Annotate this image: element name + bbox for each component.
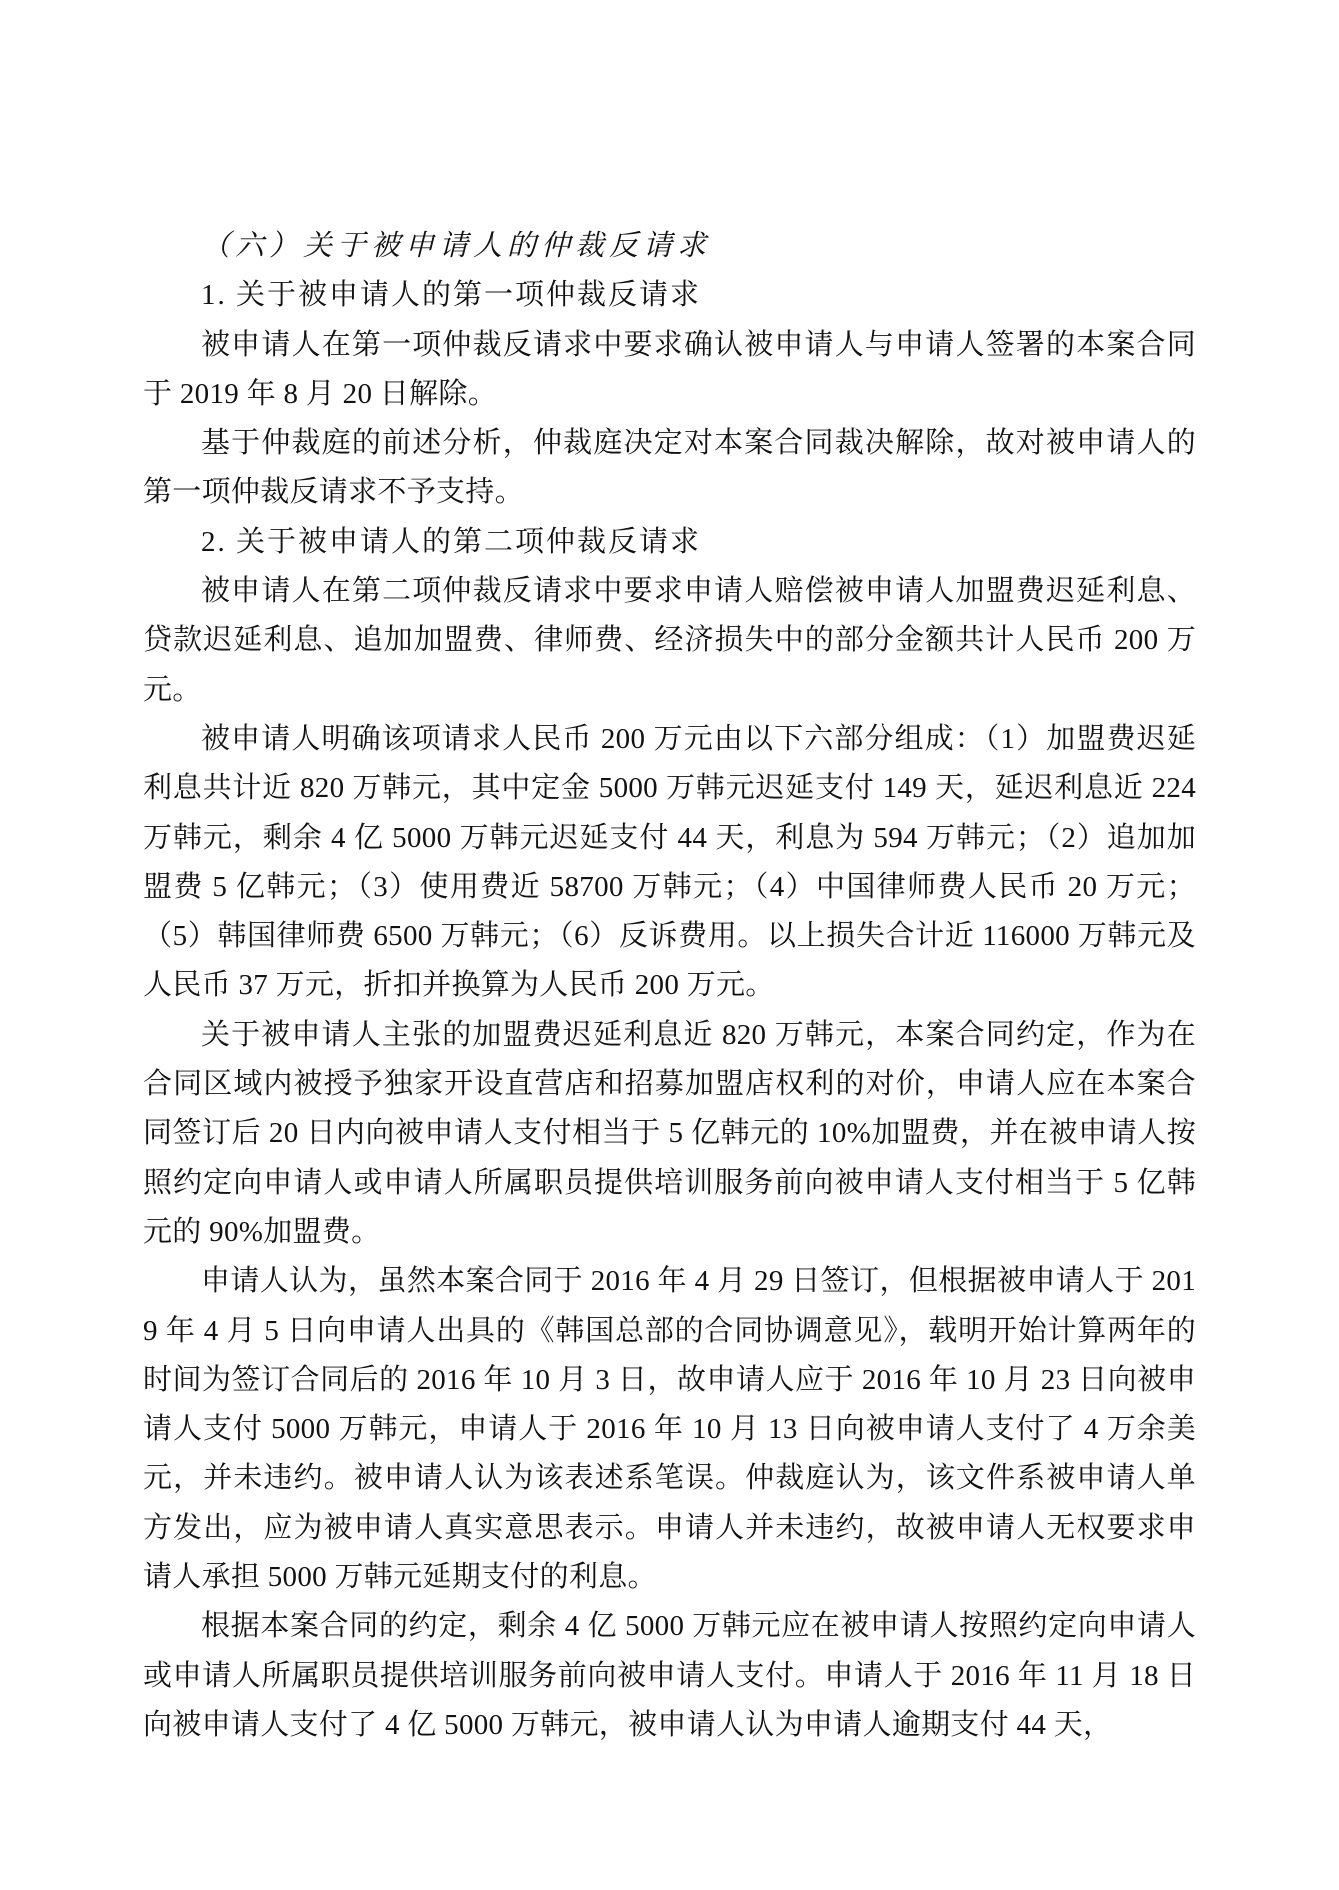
- paragraph-second-counterclaim-request: 被申请人在第二项仲裁反请求中要求申请人赔偿被申请人加盟费迟延利息、贷款迟延利息、…: [143, 567, 1196, 715]
- paragraph-remaining-payment-450m: 根据本案合同的约定，剩余 4 亿 5000 万韩元应在被申请人按照约定向申请人或…: [143, 1602, 1196, 1750]
- paragraph-franchise-fee-contract-terms: 关于被申请人主张的加盟费迟延利息近 820 万韩元，本案合同约定，作为在合同区域…: [143, 1011, 1196, 1257]
- document-page: （六）关于被申请人的仲裁反请求 1. 关于被申请人的第一项仲裁反请求 被申请人在…: [0, 0, 1339, 1890]
- paragraph-first-counterclaim-ruling: 基于仲裁庭的前述分析，仲裁庭决定对本案合同裁决解除，故对被申请人的第一项仲裁反请…: [143, 419, 1196, 518]
- page-text-area: （六）关于被申请人的仲裁反请求 1. 关于被申请人的第一项仲裁反请求 被申请人在…: [143, 222, 1196, 1750]
- sub-heading-first-counterclaim: 1. 关于被申请人的第一项仲裁反请求: [143, 271, 1196, 320]
- paragraph-first-counterclaim-request: 被申请人在第一项仲裁反请求中要求确认被申请人与申请人签署的本案合同于 2019 …: [143, 321, 1196, 420]
- sub-heading-second-counterclaim: 2. 关于被申请人的第二项仲裁反请求: [143, 518, 1196, 567]
- section-heading-counterclaims: （六）关于被申请人的仲裁反请求: [143, 222, 1196, 271]
- paragraph-applicant-argument-tribunal-view: 申请人认为，虽然本案合同于 2016 年 4 月 29 日签订，但根据被申请人于…: [143, 1257, 1196, 1602]
- paragraph-claim-composition-six-parts: 被申请人明确该项请求人民币 200 万元由以下六部分组成：（1）加盟费迟延利息共…: [143, 715, 1196, 1011]
